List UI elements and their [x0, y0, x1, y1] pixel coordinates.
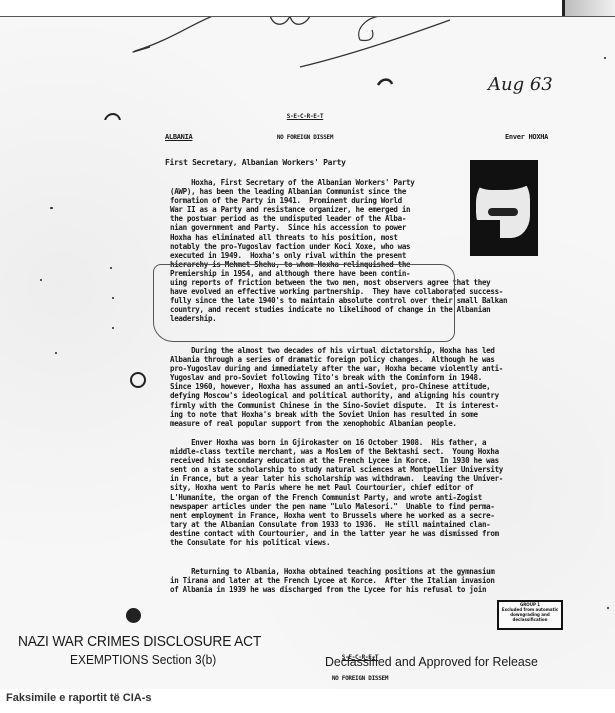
paragraph-2: During the almost two decades of his vir…	[170, 346, 503, 428]
disclosure-act-title: NAZI WAR CRIMES DISCLOSURE ACT	[18, 633, 261, 650]
image-caption: Faksimile e raportit të CIA-s	[6, 692, 152, 704]
title-line: First Secretary, Albanian Workers' Party	[165, 158, 346, 168]
paragraph-4: Returning to Albania, Hoxha obtained tea…	[170, 567, 495, 594]
hole-punch-dot	[126, 608, 141, 623]
paragraph-3: Enver Hoxha was born in Gjirokaster on 1…	[170, 438, 503, 547]
hand-drawn-bracket	[153, 264, 455, 342]
declassified-notice: Declassified and Approved for Release	[325, 654, 538, 669]
classification-top: S-E-C-R-E-T NO FOREIGN DISSEM	[265, 99, 345, 155]
top-bar	[0, 0, 615, 17]
hole-punch-mark	[130, 372, 146, 388]
handwritten-date: Aug 63	[488, 74, 553, 95]
thumbnail-edge	[562, 0, 615, 16]
country-heading: ALBANIA	[165, 132, 192, 142]
document-scan: Aug 63 S-E-C-R-E-T NO FOREIGN DISSEM ALB…	[0, 17, 615, 689]
subject-name: Enver HOXHA	[505, 132, 548, 142]
group-declassification-stamp: GROUP 1 Excluded from automatic downgrad…	[497, 600, 563, 630]
exemptions-section: EXEMPTIONS Section 3(b)	[70, 652, 216, 667]
